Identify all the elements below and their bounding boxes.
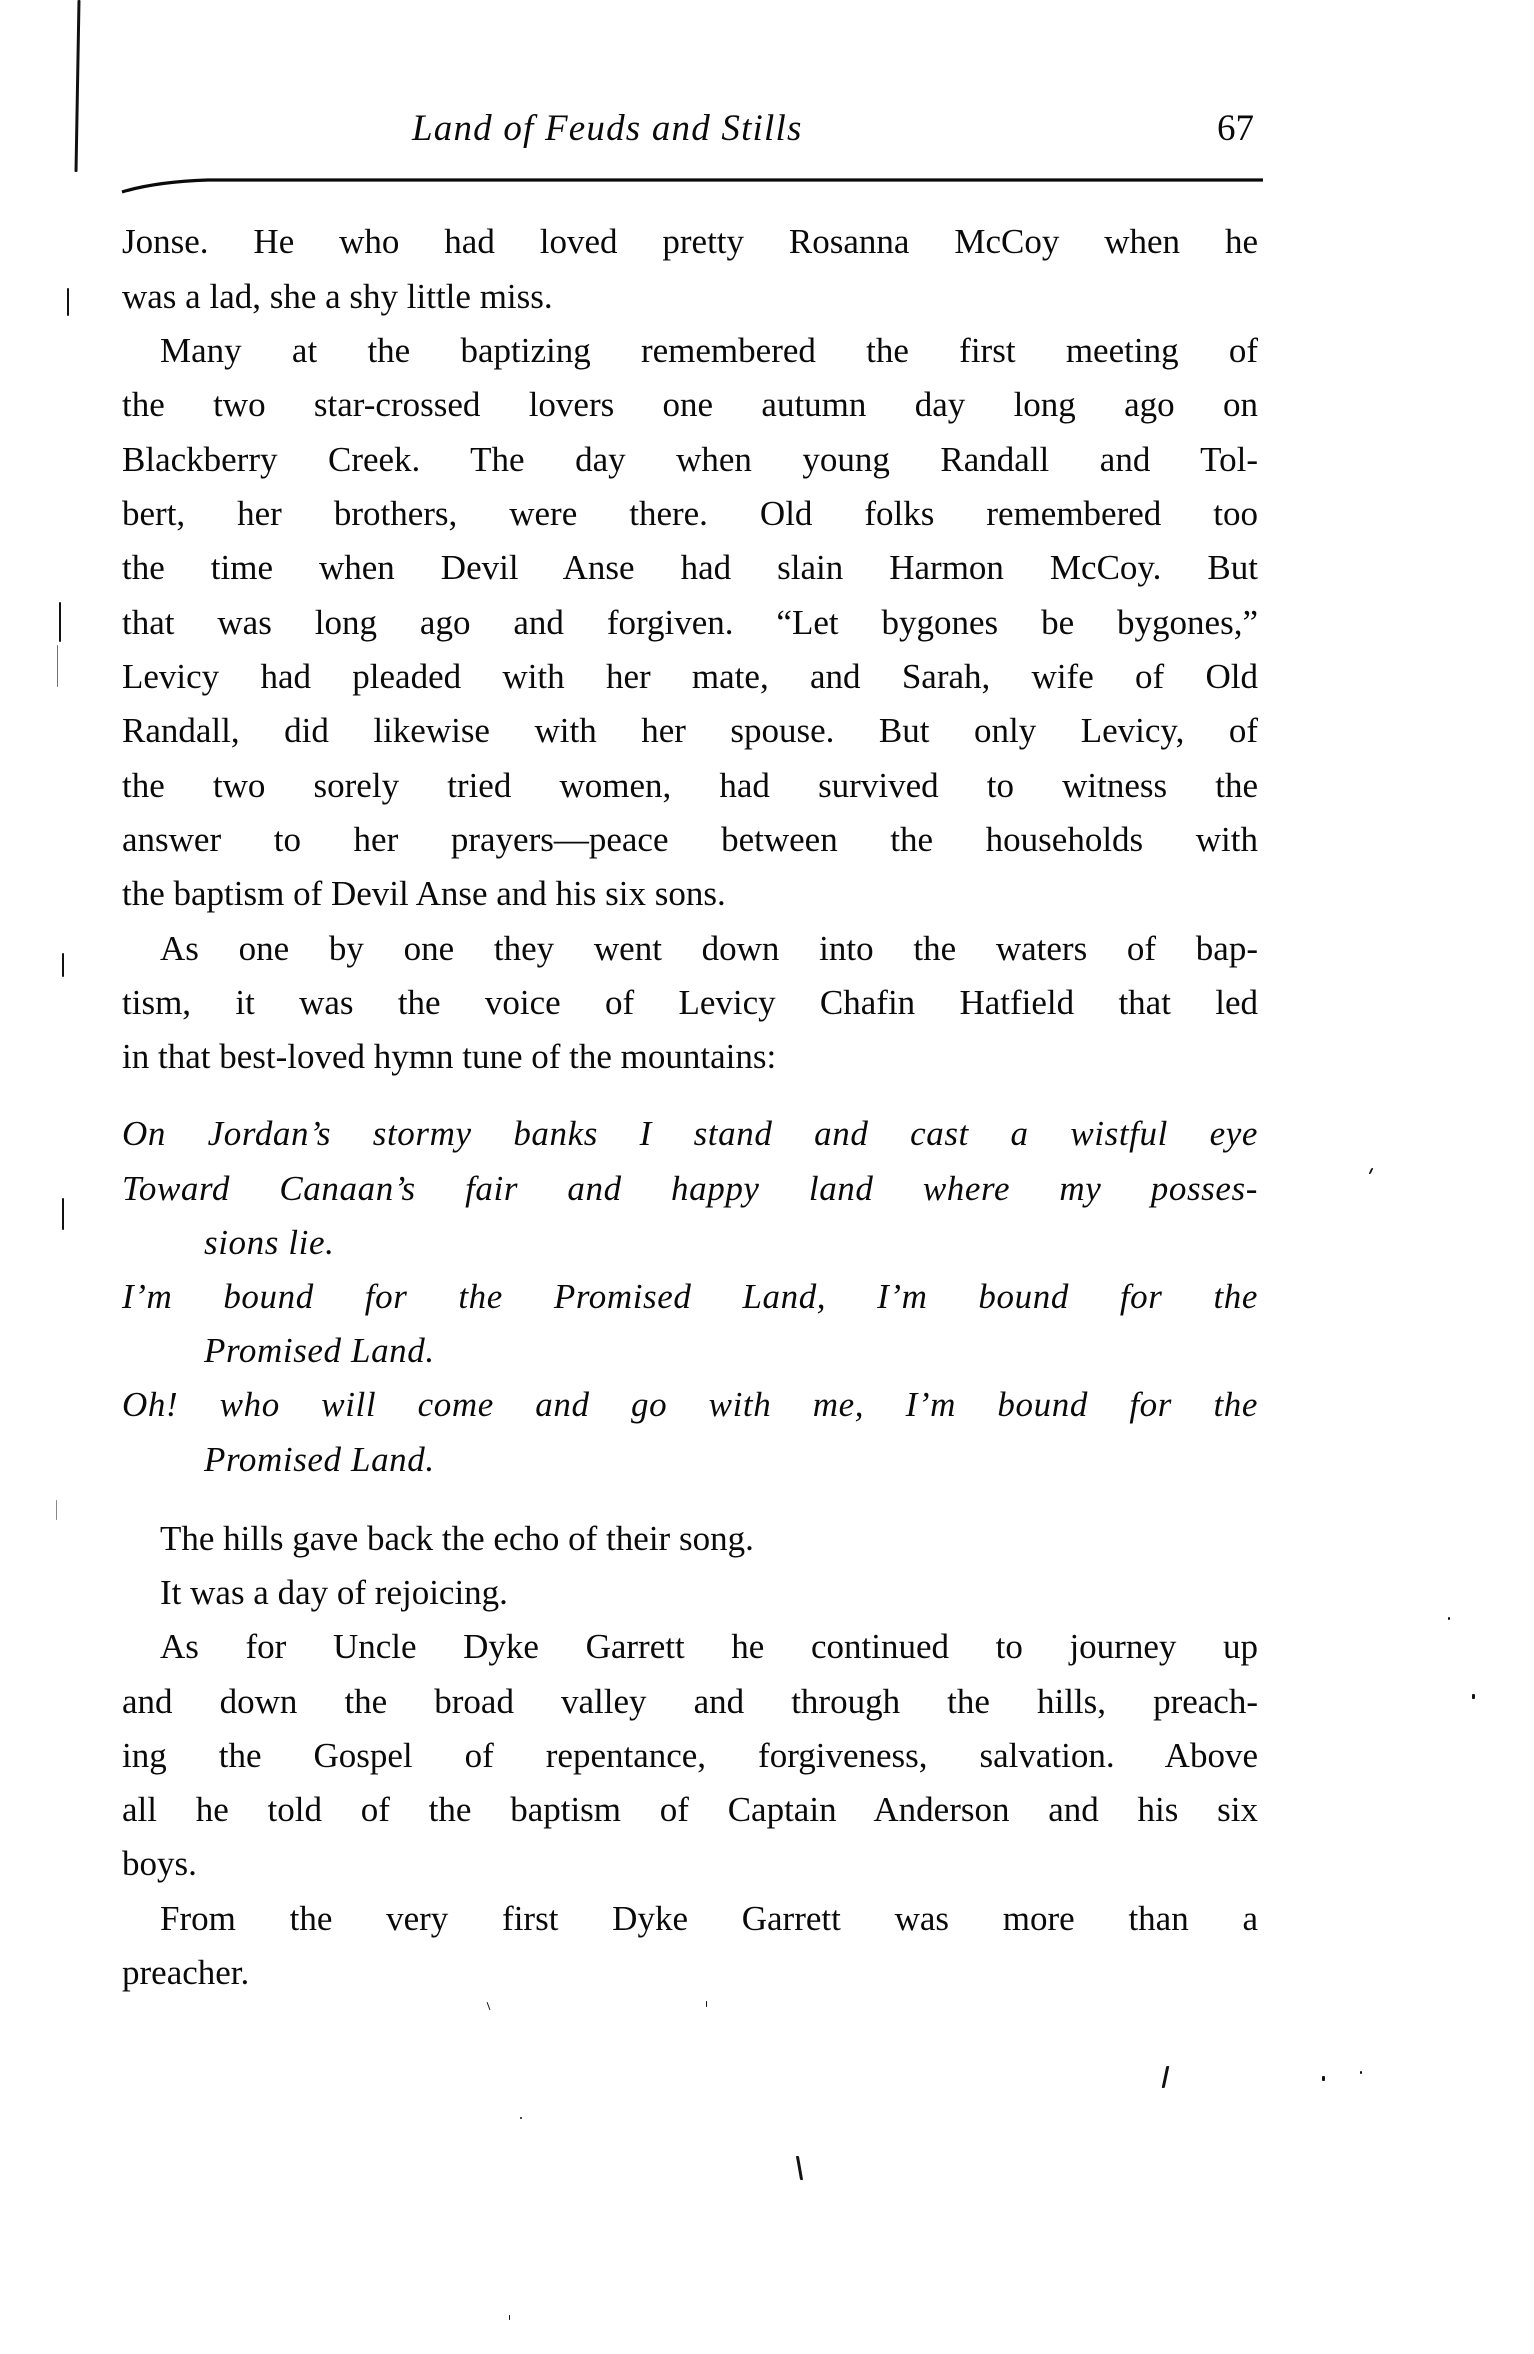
scan-mark-right-1 (1369, 1168, 1374, 1174)
scan-mark-slash (1162, 2066, 1170, 2088)
text-line: answer to her prayers—peace between the … (122, 818, 1258, 862)
text-line: preacher. (122, 1951, 1258, 1995)
text-line: As for Uncle Dyke Garrett he continued t… (122, 1625, 1258, 1669)
scan-mark-speck-3 (520, 2117, 522, 2119)
running-title: Land of Feuds and Stills (412, 104, 803, 154)
scan-mark-left-2 (59, 602, 61, 642)
text-line: all he told of the baptism of Captain An… (122, 1788, 1258, 1832)
text-line: Jonse. He who had loved pretty Rosanna M… (122, 220, 1258, 264)
text-line: Randall, did likewise with her spouse. B… (122, 709, 1258, 753)
scan-mark-speck-2 (706, 2001, 707, 2007)
scan-mark-left-5 (62, 1198, 64, 1230)
text-line: boys. (122, 1842, 1258, 1886)
text-line: As one by one they went down into the wa… (122, 927, 1258, 971)
scan-mark-speck-1 (487, 2002, 491, 2010)
hymn-line-continued: sions lie. (122, 1221, 1258, 1265)
text-line: It was a day of rejoicing. (122, 1571, 1258, 1615)
text-line: the two star-crossed lovers one autumn d… (122, 383, 1258, 427)
scan-mark-left-1 (67, 288, 69, 316)
text-line: From the very first Dyke Garrett was mor… (122, 1897, 1258, 1941)
scan-mark-left-3 (57, 645, 58, 687)
scan-mark-left-top (74, 0, 80, 172)
text-line: Blackberry Creek. The day when young Ran… (122, 438, 1258, 482)
scan-mark-dot-2 (1360, 2071, 1362, 2074)
scan-mark-left-6 (56, 1500, 57, 1520)
text-line: in that best-loved hymn tune of the moun… (122, 1035, 1258, 1079)
hymn-line: Oh! who will come and go with me, I’m bo… (122, 1383, 1258, 1427)
text-line: Many at the baptizing remembered the fir… (122, 329, 1258, 373)
book-page: Land of Feuds and Stills 67 Jonse. He wh… (0, 0, 1534, 2354)
scan-mark-speck-4 (509, 2315, 510, 2320)
text-line: and down the broad valley and through th… (122, 1680, 1258, 1724)
header-rule (118, 172, 1263, 196)
hymn-line: Toward Canaan’s fair and happy land wher… (122, 1167, 1258, 1211)
text-line: bert, her brothers, were there. Old folk… (122, 492, 1258, 536)
text-line: the time when Devil Anse had slain Harmo… (122, 546, 1258, 590)
scan-mark-right-3 (1472, 1694, 1475, 1699)
text-line: that was long ago and forgiven. “Let byg… (122, 601, 1258, 645)
hymn-line: I’m bound for the Promised Land, I’m bou… (122, 1275, 1258, 1319)
hymn-line-continued: Promised Land. (122, 1329, 1258, 1373)
text-line: was a lad, she a shy little miss. (122, 275, 1258, 319)
page-number: 67 (1217, 104, 1254, 154)
text-line: the baptism of Devil Anse and his six so… (122, 872, 1258, 916)
text-line: the two sorely tried women, had survived… (122, 764, 1258, 808)
scan-mark-left-4 (62, 953, 64, 977)
hymn-line: On Jordan’s stormy banks I stand and cas… (122, 1112, 1258, 1156)
scan-mark-right-2 (1448, 1617, 1450, 1620)
scan-mark-dot-1 (1322, 2076, 1325, 2081)
text-line: ing the Gospel of repentance, forgivenes… (122, 1734, 1258, 1778)
running-head: Land of Feuds and Stills 67 (122, 104, 1258, 154)
hymn-line-continued: Promised Land. (122, 1438, 1258, 1482)
text-line: tism, it was the voice of Levicy Chafin … (122, 981, 1258, 1025)
scan-mark-backslash (796, 2156, 803, 2180)
text-line: The hills gave back the echo of their so… (122, 1517, 1258, 1561)
text-line: Levicy had pleaded with her mate, and Sa… (122, 655, 1258, 699)
